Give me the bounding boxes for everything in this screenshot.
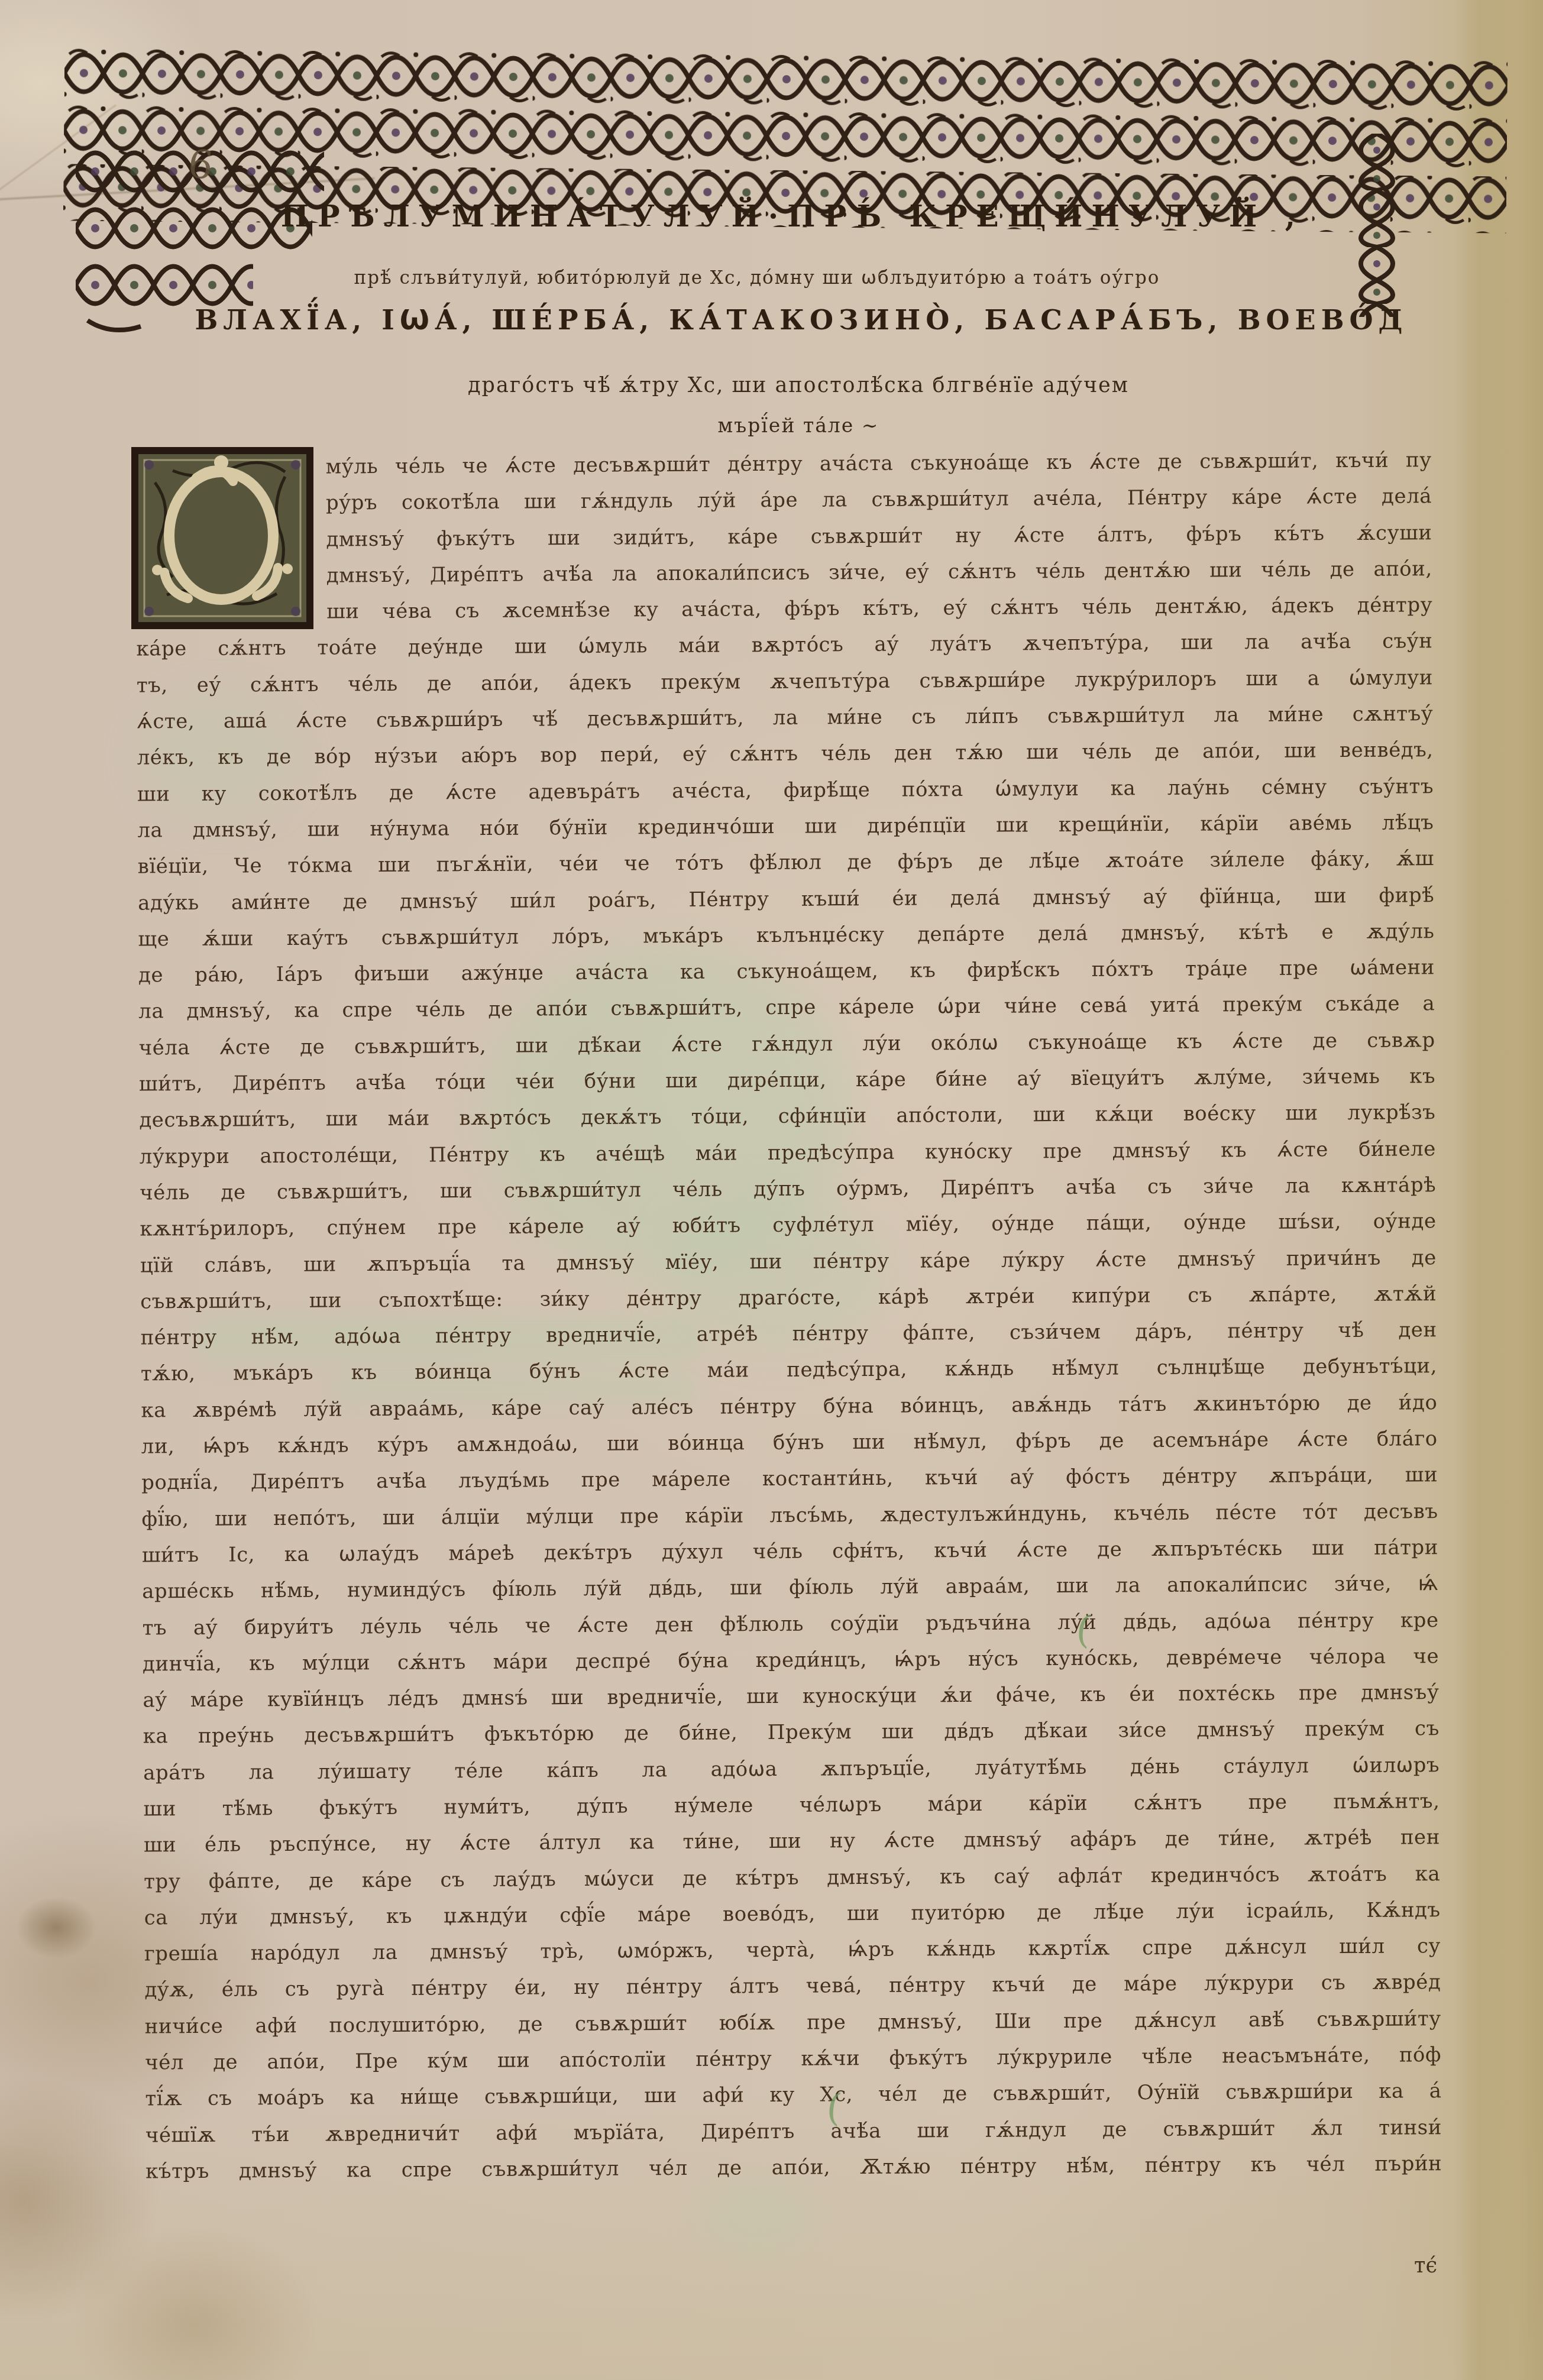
side-ornament-right <box>1352 134 1402 317</box>
text-line: дмнѕъу́ фъку́тъ ши зиди́тъ, ка́ре съвѫрш… <box>326 515 1432 558</box>
scanned-book-page: 6 ПРѢЛУМИНА́ТУЛУЙ·ПРѢ́ КРЕЩИ́НУЛУЙ , прѣ… <box>0 0 1543 2380</box>
dedication-line-1: прѣ́ слъви́тулуй, юбито́рюлуй де Хс, до́… <box>195 267 1319 289</box>
text-line: дмнѕъу́, Дире́птъ ачѣ́а ла апокали́псисъ… <box>326 551 1432 594</box>
body-text: му́ль че́ль че ѧ́сте десъвѫрши́т де́нтру… <box>135 442 1442 2190</box>
dedication-line-3: драго́стъ чѣ́ ѫ́тру Хс, ши апостолѣ́ска … <box>296 374 1301 397</box>
catchword: тє́ <box>1360 2254 1437 2278</box>
text-line: му́ль че́ль че ѧ́сте десъвѫрши́т де́нтру… <box>325 442 1431 485</box>
text-line: къ́тръ дмнѕъу́ ка спре съвѫрши́тул че́л … <box>145 2146 1442 2190</box>
text-line: ру́ръ сокотѣ́ла ши гѫ́ндуль лу́й а́ре ла… <box>326 478 1432 522</box>
dedication-line-2-ruler-name: ВЛАХЇ́А, ІѠА́, ШЕ́РБА́, КА́ТАКОЗИНО̀, БА… <box>148 304 1455 336</box>
dedication-line-4: мърї́ей та́ле ∼ <box>296 414 1301 437</box>
text-line: ши че́ва съ ѫсемнѣ́зе ку ача́ста, фъ́ръ … <box>326 587 1432 630</box>
page-title: ПРѢЛУМИНА́ТУЛУЙ·ПРѢ́ КРЕЩИ́НУЛУЙ , <box>237 199 1348 234</box>
page-edge-shading <box>1454 0 1543 2380</box>
showthrough-stain <box>698 2182 816 2253</box>
